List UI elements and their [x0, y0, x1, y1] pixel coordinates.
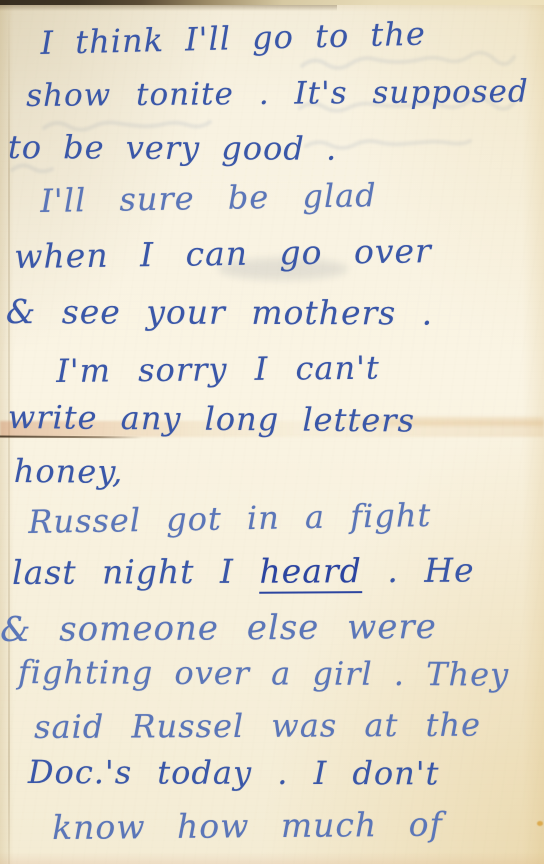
underlined-word: heard: [259, 551, 362, 594]
letter-line: said Russel was at the: [34, 706, 481, 746]
letter-line: to be very good .: [8, 128, 337, 168]
letter-line: write any long letters: [8, 398, 415, 440]
letter-line: Russel got in a fight: [28, 496, 432, 541]
letter-line: & see your mothers .: [6, 292, 433, 332]
letter-line: know how much of: [52, 805, 443, 847]
letter-line: I'll sure be glad: [40, 176, 377, 220]
letter-line: fighting over a girl . They: [18, 653, 509, 694]
letter-line: I'm sorry I can't: [56, 349, 380, 390]
letter-line: & someone else were: [0, 607, 437, 650]
letter-line: honey,: [14, 452, 124, 491]
letter-scan: I think I'll go to the show tonite . It'…: [0, 0, 544, 864]
paper-top-edge-shadow: [0, 5, 337, 11]
letter-text-segment: last night I: [12, 552, 260, 592]
letter-line: I think I'll go to the: [40, 15, 426, 62]
letter-line: show tonite . It's supposed: [26, 74, 529, 114]
stain-speck: [537, 821, 543, 826]
letter-line: last night I heard . He: [12, 551, 475, 592]
letter-line: when I can go over: [14, 231, 432, 276]
letter-text-segment: . He: [362, 551, 475, 591]
letter-line: Doc.'s today . I don't: [28, 753, 440, 792]
